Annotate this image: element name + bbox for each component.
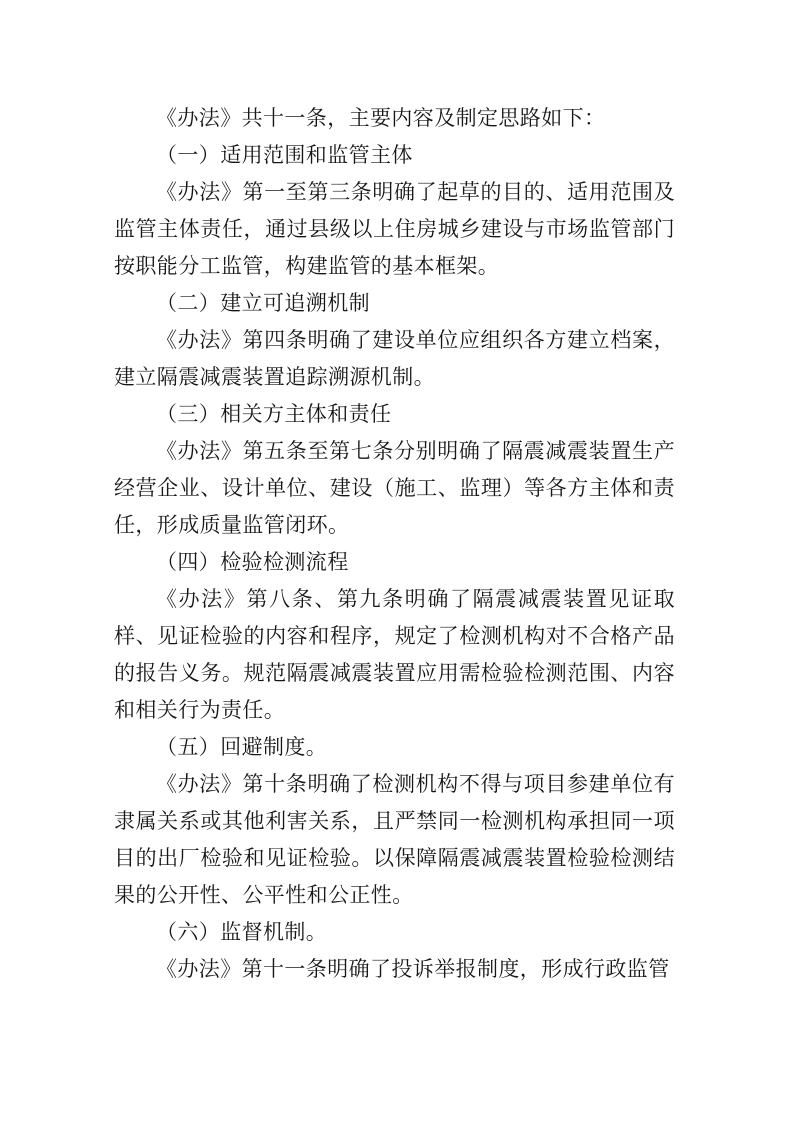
para-section-2: 《办法》第四条明确了建设单位应组织各方建立档案，建立隔震减震装置追踪溯源机制。 xyxy=(114,322,675,396)
heading-section-6: （六）监督机制。 xyxy=(114,914,675,951)
heading-section-3: （三）相关方主体和责任 xyxy=(114,396,675,433)
document-body: 《办法》共十一条，主要内容及制定思路如下： （一）适用范围和监管主体 《办法》第… xyxy=(114,100,675,988)
heading-section-4: （四）检验检测流程 xyxy=(114,544,675,581)
heading-section-2: （二）建立可追溯机制 xyxy=(114,285,675,322)
heading-section-1: （一）适用范围和监管主体 xyxy=(114,137,675,174)
para-overview: 《办法》共十一条，主要内容及制定思路如下： xyxy=(114,100,675,137)
heading-section-5: （五）回避制度。 xyxy=(114,729,675,766)
para-section-4: 《办法》第八条、第九条明确了隔震减震装置见证取样、见证检验的内容和程序，规定了检… xyxy=(114,581,675,729)
para-section-6: 《办法》第十一条明确了投诉举报制度，形成行政监管 xyxy=(114,951,675,988)
document-page: 《办法》共十一条，主要内容及制定思路如下： （一）适用范围和监管主体 《办法》第… xyxy=(0,0,793,1122)
para-section-5: 《办法》第十条明确了检测机构不得与项目参建单位有隶属关系或其他利害关系，且严禁同… xyxy=(114,766,675,914)
para-section-3: 《办法》第五条至第七条分别明确了隔震减震装置生产经营企业、设计单位、建设（施工、… xyxy=(114,433,675,544)
para-section-1: 《办法》第一至第三条明确了起草的目的、适用范围及监管主体责任，通过县级以上住房城… xyxy=(114,174,675,285)
